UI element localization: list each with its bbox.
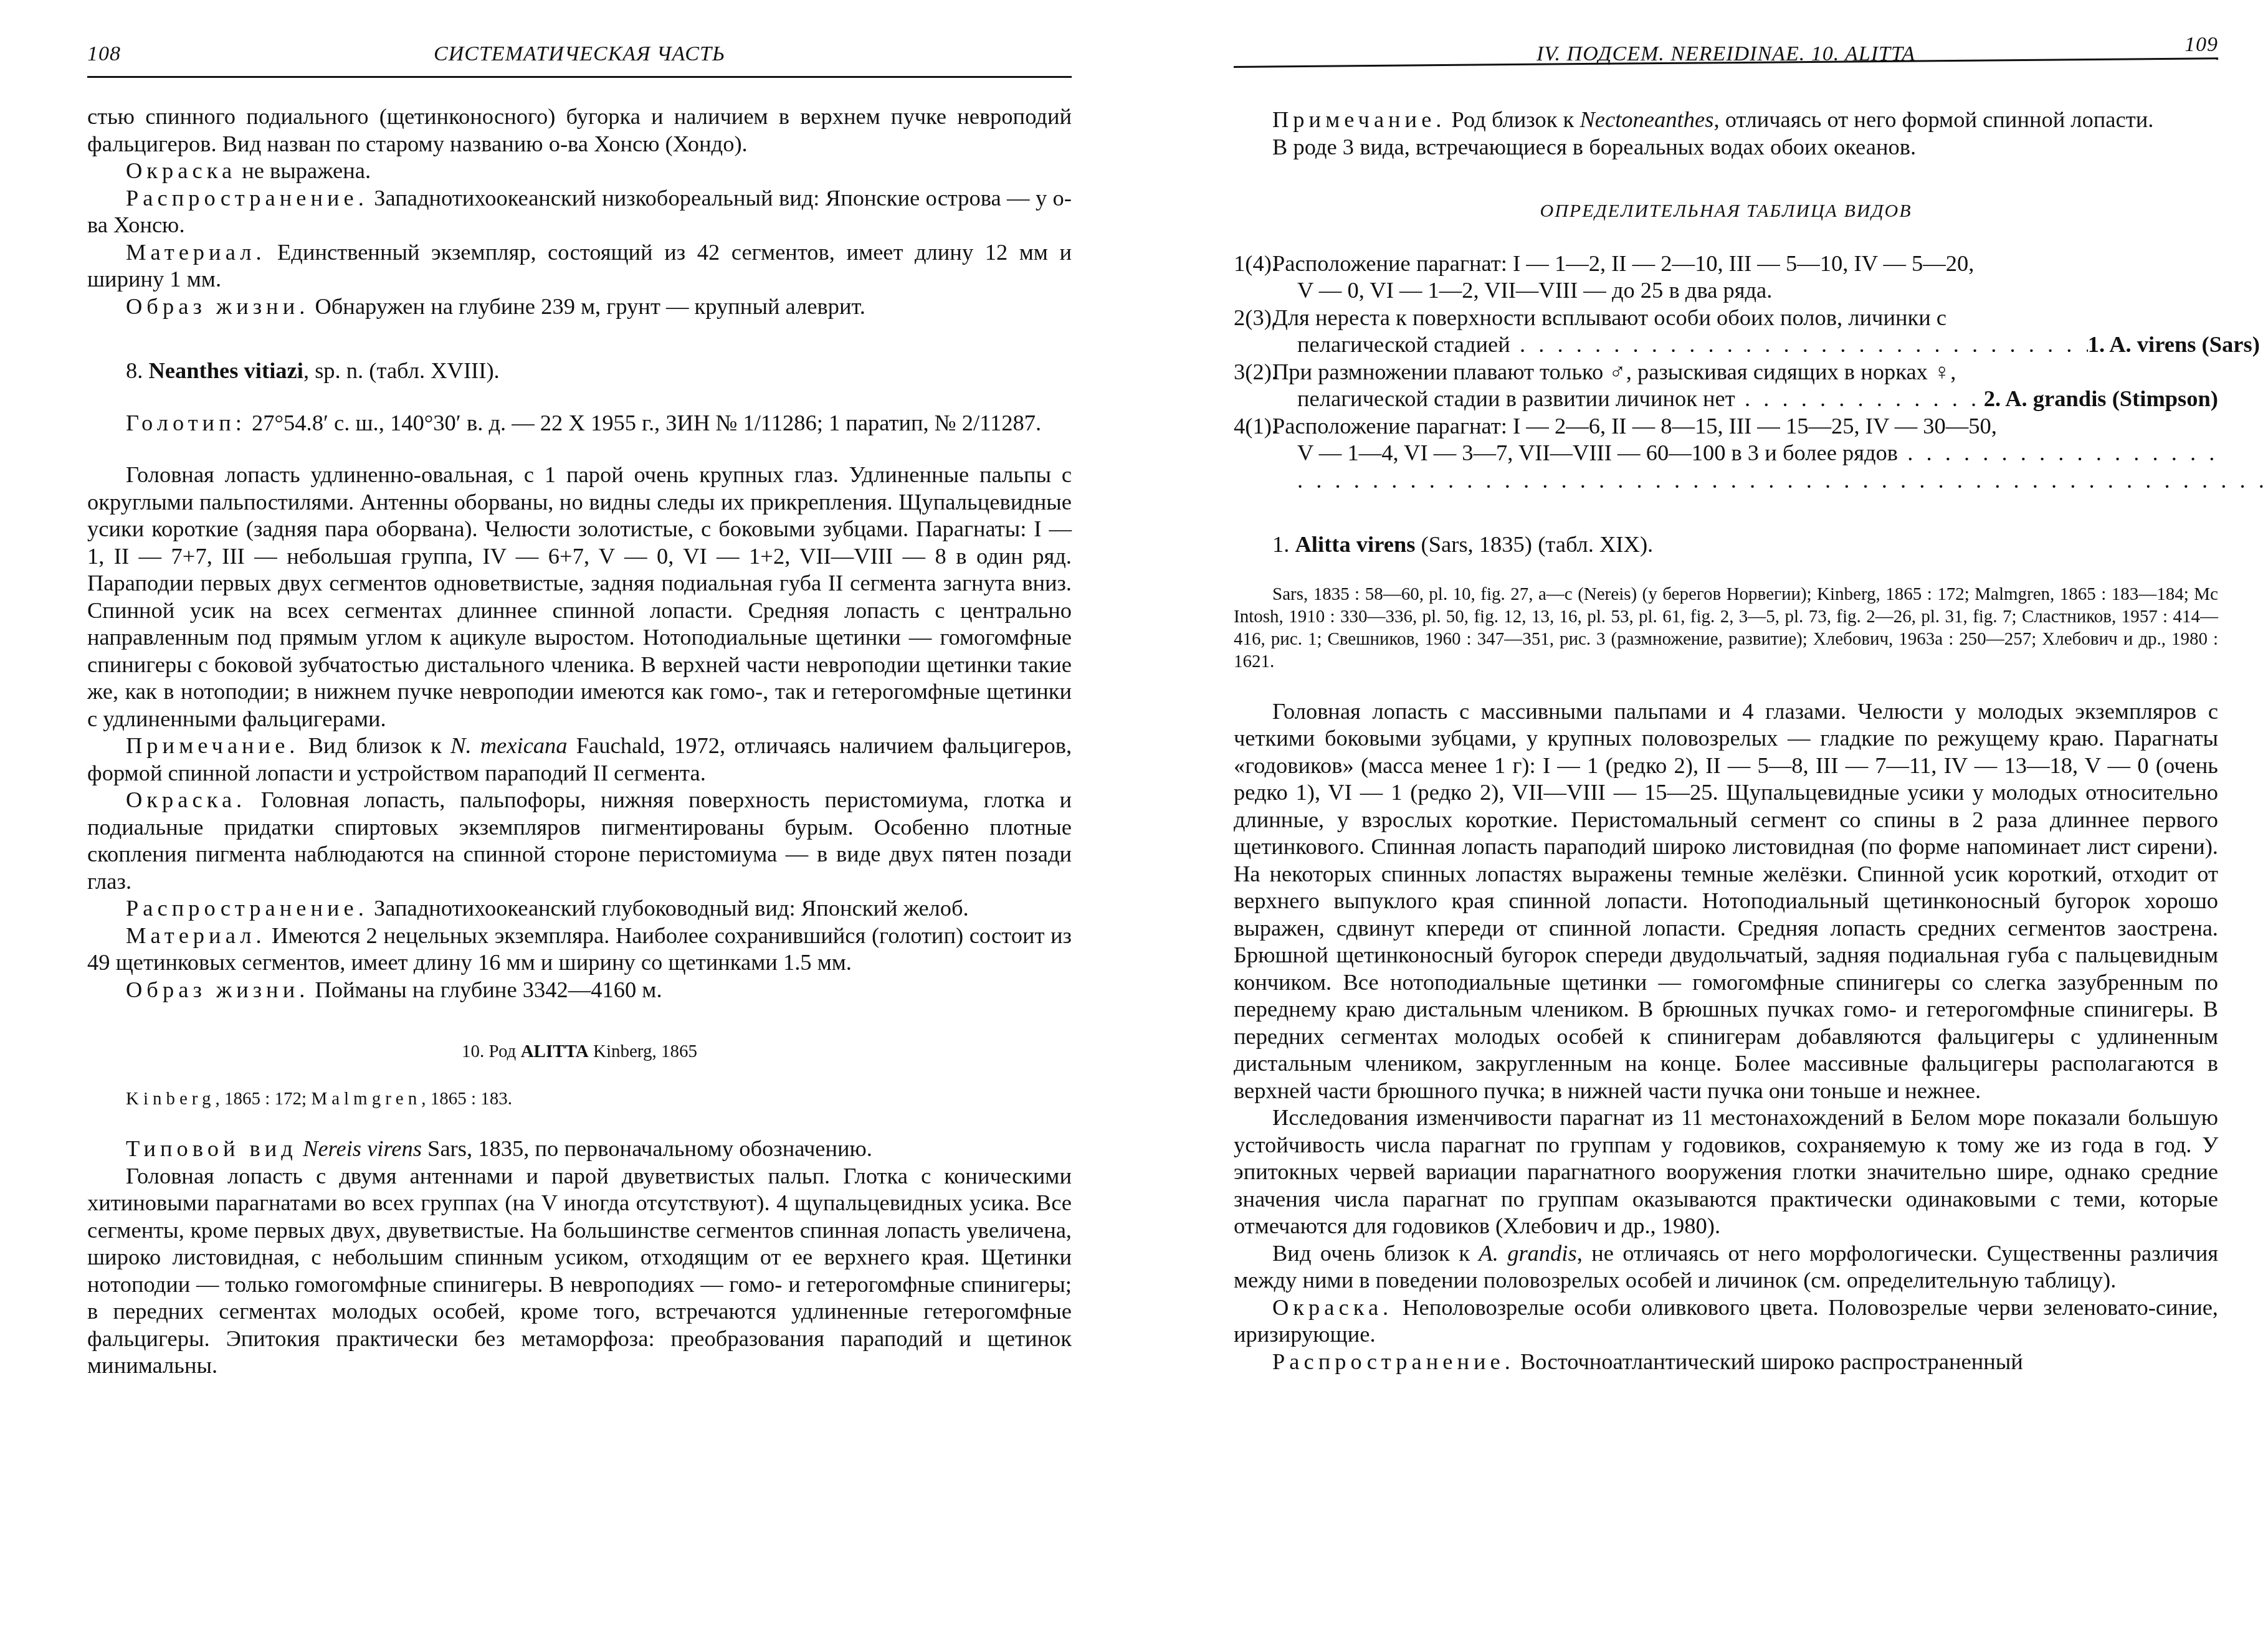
- page-body: стью спинного подиального (щетинконосног…: [87, 103, 1072, 1379]
- identification-key: 1(4). Расположение парагнат: I — 1—2, II…: [1234, 250, 2218, 494]
- holotype-paragraph: Голотип: 27°54.8′ с. ш., 140°30′ в. д. —…: [87, 409, 1072, 437]
- key-couplet: 2(3). Для нереста к поверхности всплываю…: [1234, 304, 2218, 358]
- genus-note-paragraph: Примечание. Род близок к Nectoneanthes, …: [1234, 106, 2218, 133]
- comparison-paragraph: Вид очень близок к A. grandis, не отлича…: [1234, 1240, 2218, 1294]
- species-name: Neanthes vitiazi: [149, 358, 303, 383]
- habitat-paragraph: Образ жизни. Пойманы на глубине 3342—416…: [87, 976, 1072, 1003]
- type-species-paragraph: Типовой вид Nereis virens Sars, 1835, по…: [87, 1135, 1072, 1162]
- genus-heading: 10. Род ALITTA Kinberg, 1865: [87, 1040, 1072, 1063]
- description-paragraph: Головная лопасть удлиненно-овальная, с 1…: [87, 461, 1072, 732]
- coloration-paragraph: Окраска. Неполовозрелые особи оливкового…: [1234, 1294, 2218, 1348]
- description-paragraph: Головная лопасть с массивными пальпами и…: [1234, 698, 2218, 1104]
- taxon-name: N. mexicana: [450, 733, 568, 758]
- section-label: Окраска: [126, 158, 236, 183]
- taxon-name: A. grandis: [1479, 1240, 1576, 1266]
- species-heading: 1. Alitta virens (Sars, 1835) (табл. XIX…: [1234, 531, 2218, 558]
- section-label: Распространение.: [126, 185, 368, 211]
- material-paragraph: Материал. Единственный экземпляр, состоя…: [87, 239, 1072, 293]
- section-label: Материал.: [126, 239, 266, 265]
- habitat-paragraph: Образ жизни. Обнаружен на глубине 239 м,…: [87, 293, 1072, 320]
- distribution-paragraph: Распространение. Восточноатлантический ш…: [1234, 1348, 2218, 1375]
- key-couplet: 3(2). При размножении плавают только ♂, …: [1234, 358, 2218, 412]
- distribution-paragraph: Распространение. Западнотихоокеанский ни…: [87, 184, 1072, 239]
- left-page: 108 СИСТЕМАТИЧЕСКАЯ ЧАСТЬ стью спинного …: [87, 0, 1072, 1632]
- distribution-paragraph: Распространение. Западнотихоокеанский гл…: [87, 894, 1072, 922]
- key-title: ОПРЕДЕЛИТЕЛЬНАЯ ТАБЛИЦА ВИДОВ: [1234, 197, 2218, 225]
- continuation-paragraph: стью спинного подиального (щетинконосног…: [87, 103, 1072, 157]
- header-rule: [87, 76, 1072, 78]
- coloration-paragraph: Окраска не выражена.: [87, 157, 1072, 184]
- key-couplet: 1(4). Расположение парагнат: I — 1—2, II…: [1234, 250, 2218, 304]
- species-synonymy: Sars, 1835 : 58—60, pl. 10, fig. 27, a—c…: [1234, 583, 2218, 673]
- key-result: 2. A. grandis (Stimpson): [1984, 385, 2218, 412]
- section-label: Образ жизни.: [126, 293, 309, 319]
- coloration-paragraph: Окраска. Головная лопасть, пальпофоры, н…: [87, 786, 1072, 894]
- material-paragraph: Материал. Имеются 2 нецельных экземпляра…: [87, 922, 1072, 976]
- note-paragraph: Примечание. Вид близок к N. mexicana Fau…: [87, 732, 1072, 786]
- species-name: Alitta virens: [1295, 531, 1416, 557]
- genus-description: Головная лопасть с двумя антеннами и пар…: [87, 1162, 1072, 1379]
- right-page: IV. ПОДСЕМ. NEREIDINAE. 10. ALITTA 109 П…: [1234, 0, 2218, 1632]
- page-number: 109: [2185, 33, 2218, 57]
- variability-paragraph: Исследования изменчивости парагнат из 11…: [1234, 1104, 2218, 1240]
- running-title: СИСТЕМАТИЧЕСКАЯ ЧАСТЬ: [87, 42, 1072, 66]
- taxon-name: Nectoneanthes: [1579, 107, 1713, 132]
- key-result: 1. A. virens (Sars): [2088, 331, 2260, 358]
- page-body: Примечание. Род близок к Nectoneanthes, …: [1234, 106, 2218, 1375]
- species-count-paragraph: В роде 3 вида, встречающиеся в бореальны…: [1234, 133, 2218, 161]
- key-couplet: 4(1). Расположение парагнат: I — 2—6, II…: [1234, 412, 2218, 494]
- species-heading: 8. Neanthes vitiazi, sp. n. (табл. XVIII…: [87, 357, 1072, 384]
- running-header: 108 СИСТЕМАТИЧЕСКАЯ ЧАСТЬ: [87, 36, 1072, 67]
- genus-synonymy: Kinberg, 1865 : 172; Malmgren, 1865 : 18…: [87, 1088, 1072, 1110]
